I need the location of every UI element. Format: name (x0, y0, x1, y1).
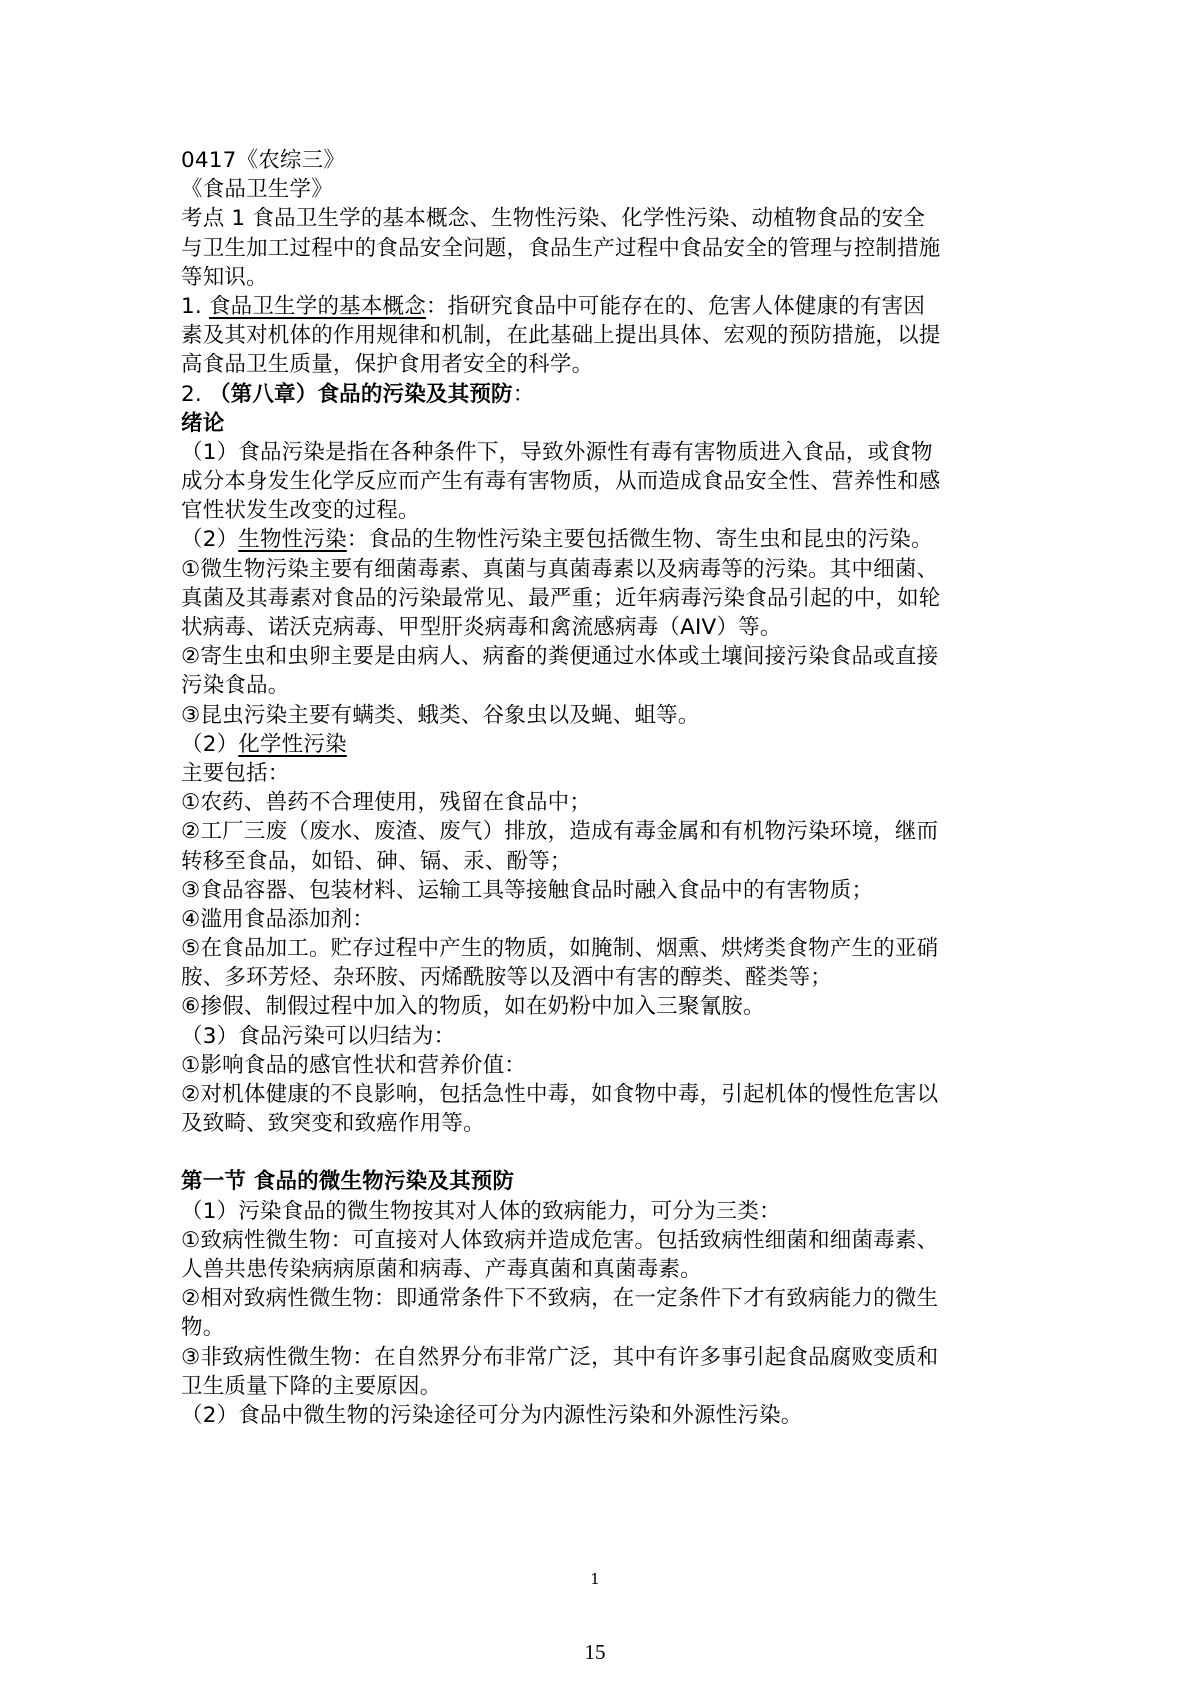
list-item: （2）食品中微生物的污染途径可分为内源性污染和外源性污染。 (181, 1401, 1021, 1430)
intro-heading: 绪论 (181, 409, 1021, 438)
list-item: 胺、多环芳烃、杂环胺、丙烯酰胺等以及酒中有害的醇类、醛类等； (181, 963, 1021, 992)
item2-suffix: ： (513, 382, 535, 407)
list-item: ③食品容器、包装材料、运输工具等接触食品时融入食品中的有害物质； (181, 876, 1021, 905)
item-prefix: （2） (181, 527, 238, 552)
subject-title: 《食品卫生学》 (181, 175, 1021, 204)
list-item: 转移至食品，如铅、砷、镉、汞、酚等； (181, 847, 1021, 876)
exam-point-line: 考点 1 食品卫生学的基本概念、生物性污染、化学性污染、动植物食品的安全 (181, 204, 1021, 233)
list-item: 人兽共患传染病病原菌和病毒、产毒真菌和真菌毒素。 (181, 1255, 1021, 1284)
list-item: ①影响食品的感官性状和营养价值： (181, 1051, 1021, 1080)
paragraph-line: （1）食品污染是指在各种条件下，导致外源性有毒有害物质进入食品，或食物 (181, 438, 1021, 467)
exam-point-line: 与卫生加工过程中的食品安全问题，食品生产过程中食品安全的管理与控制措施 (181, 234, 1021, 263)
list-item: ③昆虫污染主要有螨类、蛾类、谷象虫以及蝇、蛆等。 (181, 701, 1021, 730)
page-number-outer: 15 (0, 1640, 1190, 1665)
item1-term: 食品卫生学的基本概念 (209, 294, 426, 319)
exam-point-line: 等知识。 (181, 263, 1021, 292)
section-heading: 第一节 食品的微生物污染及其预防 (181, 1167, 1021, 1196)
chem-intro: 主要包括： (181, 759, 1021, 788)
bio-pollution-term: 生物性污染 (238, 527, 347, 552)
list-item: 真菌及其毒素对食品的污染最常见、最严重；近年病毒污染食品引起的中，如轮 (181, 584, 1021, 613)
list-item: ②寄生虫和虫卵主要是由病人、病畜的粪便通过水体或土壤间接污染食品或直接 (181, 642, 1021, 671)
list-item: ①农药、兽药不合理使用，残留在食品中； (181, 788, 1021, 817)
document-body: 0417《农综三》 《食品卫生学》 考点 1 食品卫生学的基本概念、生物性污染、… (181, 146, 1021, 1430)
item1-line: 1. 食品卫生学的基本概念：指研究食品中可能存在的、危害人体健康的有害因 (181, 292, 1021, 321)
list-item: 状病毒、诺沃克病毒、甲型肝炎病毒和禽流感病毒（AIV）等。 (181, 613, 1021, 642)
item2-heading: （第八章）食品的污染及其预防 (209, 382, 513, 407)
item1-line: 高食品卫生质量，保护食用者安全的科学。 (181, 350, 1021, 379)
item1-text: ：指研究食品中可能存在的、危害人体健康的有害因 (426, 294, 925, 319)
course-title: 0417《农综三》 (181, 146, 1021, 175)
list-item: 污染食品。 (181, 671, 1021, 700)
item2-prefix: 2. (181, 382, 209, 407)
bio-pollution-text: ：食品的生物性污染主要包括微生物、寄生虫和昆虫的污染。 (347, 527, 933, 552)
list-item: ⑤在食品加工。贮存过程中产生的物质，如腌制、烟熏、烘烤类食物产生的亚硝 (181, 934, 1021, 963)
paragraph-line: 官性状发生改变的过程。 (181, 496, 1021, 525)
list-item: ①微生物污染主要有细菌毒素、真菌与真菌毒素以及病毒等的污染。其中细菌、 (181, 555, 1021, 584)
list-item: ①致病性微生物：可直接对人体致病并造成危害。包括致病性细菌和细菌毒素、 (181, 1226, 1021, 1255)
list-item: ⑥掺假、制假过程中加入的物质，如在奶粉中加入三聚氰胺。 (181, 992, 1021, 1021)
list-item: ③非致病性微生物：在自然界分布非常广泛，其中有许多事引起食品腐败变质和 (181, 1343, 1021, 1372)
paragraph-line: 成分本身发生化学反应而产生有毒有害物质，从而造成食品安全性、营养性和感 (181, 467, 1021, 496)
bio-pollution-line: （2）生物性污染：食品的生物性污染主要包括微生物、寄生虫和昆虫的污染。 (181, 525, 1021, 554)
list-item: ②相对致病性微生物：即通常条件下不致病，在一定条件下才有致病能力的微生 (181, 1284, 1021, 1313)
list-item: ④滥用食品添加剂： (181, 905, 1021, 934)
page-number-inner: 1 (0, 1570, 1190, 1588)
list-item: （1）污染食品的微生物按其对人体的致病能力，可分为三类： (181, 1197, 1021, 1226)
list-item: 及致畸、致突变和致癌作用等。 (181, 1109, 1021, 1138)
list-item: 物。 (181, 1313, 1021, 1342)
chem-pollution-line: （2）化学性污染 (181, 730, 1021, 759)
paragraph-line: （3）食品污染可以归结为： (181, 1022, 1021, 1051)
item1-line: 素及其对机体的作用规律和机制，在此基础上提出具体、宏观的预防措施，以提 (181, 321, 1021, 350)
item1-prefix: 1. (181, 294, 209, 319)
item-prefix: （2） (181, 732, 238, 757)
list-item: 卫生质量下降的主要原因。 (181, 1372, 1021, 1401)
chem-pollution-term: 化学性污染 (238, 732, 347, 757)
chapter-heading: 2. （第八章）食品的污染及其预防： (181, 380, 1021, 409)
list-item: ②对机体健康的不良影响，包括急性中毒，如食物中毒，引起机体的慢性危害以 (181, 1080, 1021, 1109)
spacer (181, 1138, 1021, 1167)
list-item: ②工厂三废（废水、废渣、废气）排放，造成有毒金属和有机物污染环境，继而 (181, 817, 1021, 846)
